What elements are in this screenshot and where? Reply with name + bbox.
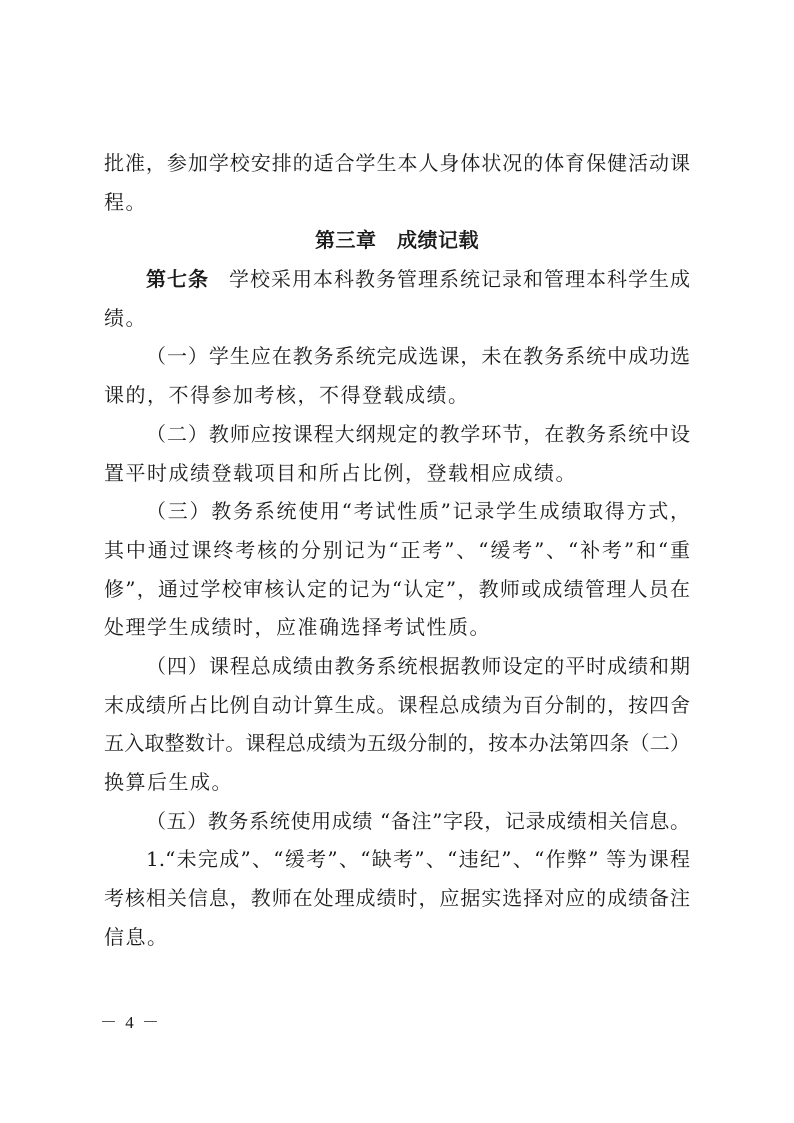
item-line: （三）教务系统使用“考试性质”记录学生成绩取得方式， [104, 492, 690, 531]
subitem-line: 信息。 [104, 918, 690, 957]
paragraph-line: 程。 [104, 183, 690, 222]
document-page: 批准，参加学校安排的适合学生本人身体状况的体育保健活动课 程。 第三章 成绩记载… [104, 144, 690, 956]
subitem-line: 1.“未完成”、“缓考”、“缺考”、“违纪”、“作弊” 等为课程 [104, 840, 690, 879]
item-line: （一）学生应在教务系统完成选课，未在教务系统中成功选 [104, 337, 690, 376]
item-line: 课的，不得参加考核，不得登载成绩。 [104, 376, 690, 415]
article-text: 学校采用本科教务管理系统记录和管理本科学生成 [229, 267, 690, 291]
subitem-line: 考核相关信息，教师在处理成绩时，应据实选择对应的成绩备注 [104, 879, 690, 918]
item-line: 五入取整数计。课程总成绩为五级分制的，按本办法第四条（二） [104, 724, 690, 763]
item-line: 处理学生成绩时，应准确选择考试性质。 [104, 608, 690, 647]
item-line: 置平时成绩登载项目和所占比例，登载相应成绩。 [104, 454, 690, 493]
item-line: 末成绩所占比例自动计算生成。课程总成绩为百分制的，按四舍 [104, 686, 690, 725]
item-line: 其中通过课终考核的分别记为“正考”、“缓考”、“补考”和“重 [104, 531, 690, 570]
chapter-heading: 第三章 成绩记载 [104, 221, 690, 260]
paragraph-line: 批准，参加学校安排的适合学生本人身体状况的体育保健活动课 [104, 144, 690, 183]
item-line: 修”，通过学校审核认定的记为“认定”，教师或成绩管理人员在 [104, 570, 690, 609]
item-line: （五）教务系统使用成绩 “备注”字段，记录成绩相关信息。 [104, 802, 690, 841]
item-line: 换算后生成。 [104, 763, 690, 802]
article-label: 第七条 [146, 267, 209, 291]
article-line: 第七条学校采用本科教务管理系统记录和管理本科学生成 [104, 260, 690, 299]
item-line: （四）课程总成绩由教务系统根据教师设定的平时成绩和期 [104, 647, 690, 686]
page-number: － 4 － [100, 1008, 161, 1033]
article-line: 绩。 [104, 299, 690, 338]
item-line: （二）教师应按课程大纲规定的教学环节，在教务系统中设 [104, 415, 690, 454]
